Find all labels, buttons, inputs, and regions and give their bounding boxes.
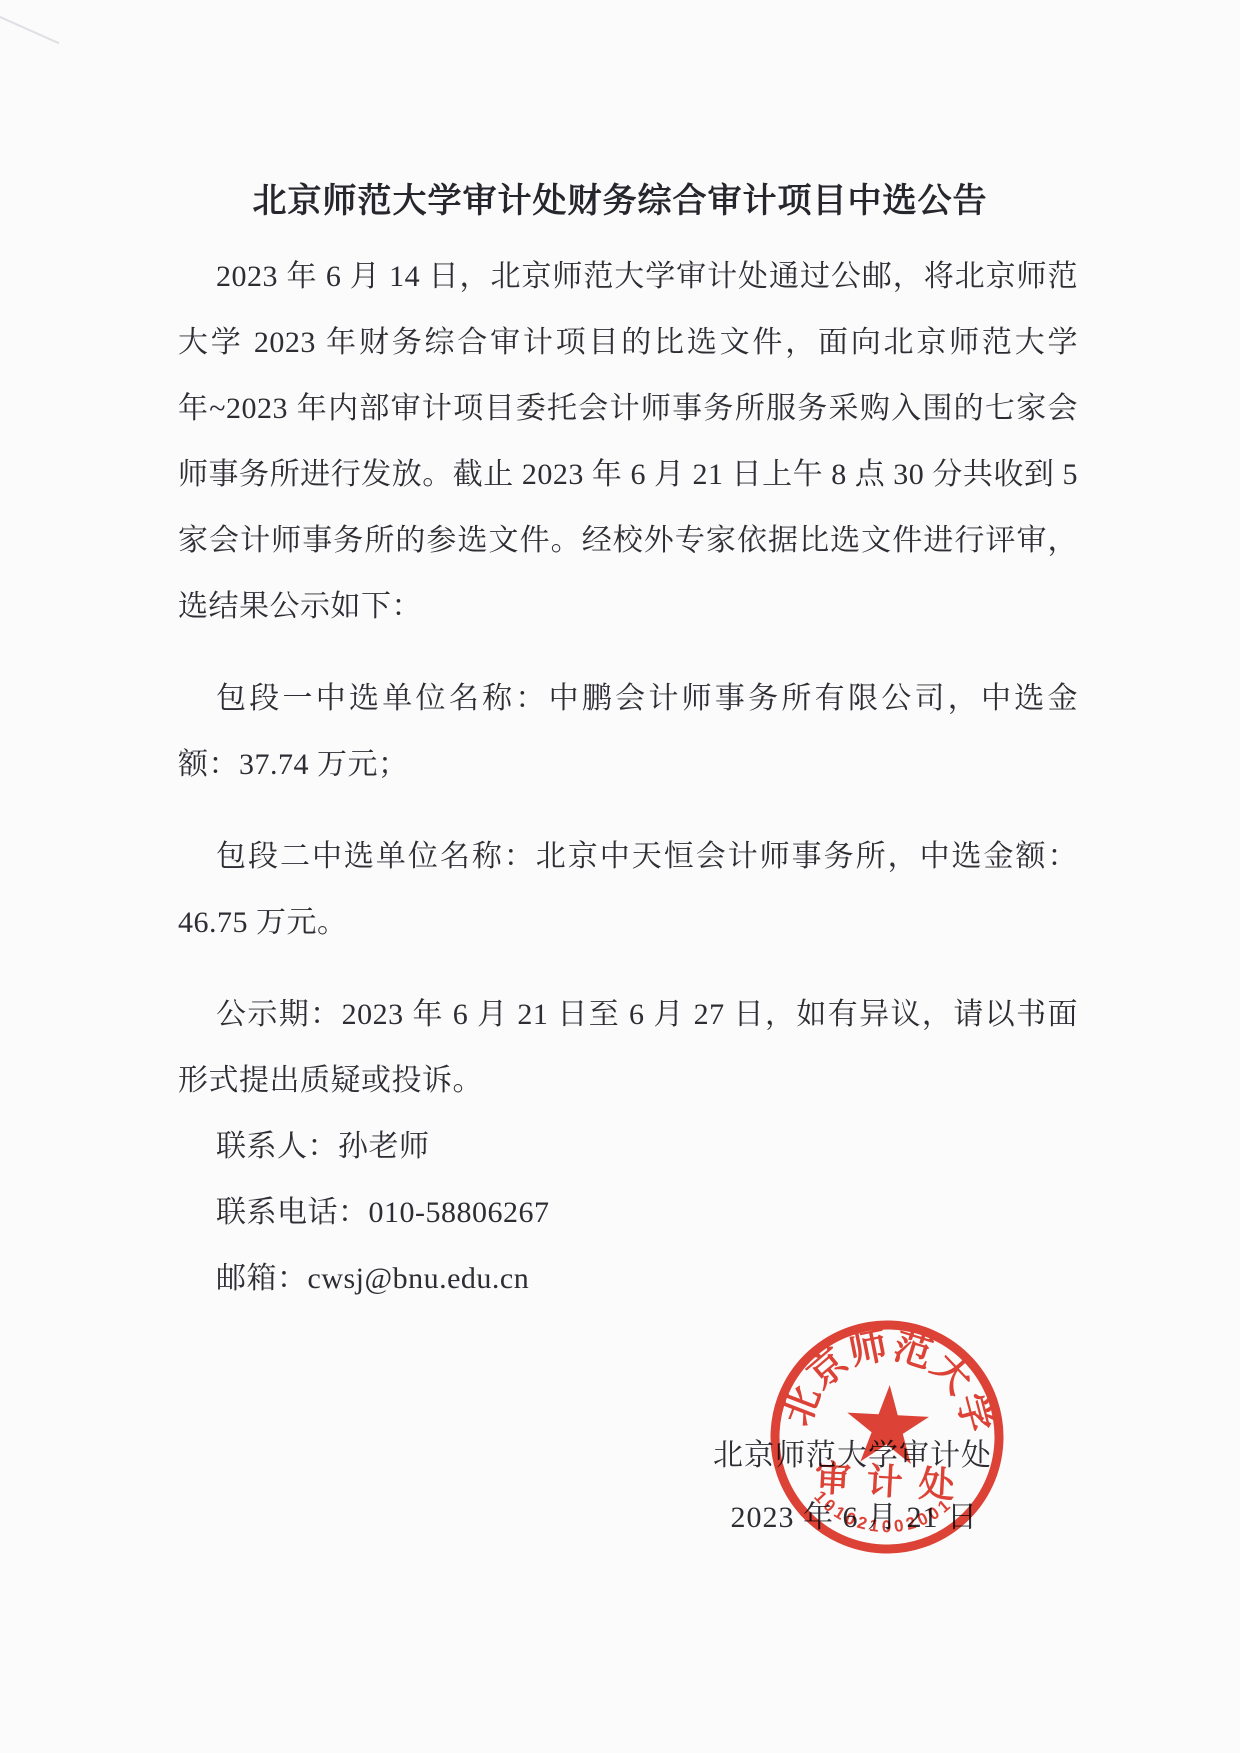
- body-line: 师事务所进行发放。截止 2023 年 6 月 21 日上午 8 点 30 分共收…: [178, 442, 1078, 508]
- paragraph: 联系人：孙老师: [178, 1114, 1078, 1180]
- body-line: 额：37.74 万元；: [178, 732, 1078, 798]
- body-line: 选结果公示如下：: [178, 574, 1078, 640]
- body-line: 形式提出质疑或投诉。: [178, 1048, 1078, 1114]
- document-body: 2023 年 6 月 14 日，北京师范大学审计处通过公邮，将北京师范大学 20…: [178, 244, 1078, 1312]
- body-line: 联系电话：010-58806267: [178, 1180, 1078, 1246]
- paragraph: 邮箱：cwsj@bnu.edu.cn: [178, 1246, 1078, 1312]
- paragraph: 包段二中选单位名称：北京中天恒会计师事务所，中选金额：46.75 万元。: [178, 824, 1078, 956]
- paragraph: 2023 年 6 月 14 日，北京师范大学审计处通过公邮，将北京师范大学 20…: [178, 244, 1078, 640]
- document-page: 北京师范大学审计处财务综合审计项目中选公告 2023 年 6 月 14 日，北京…: [0, 0, 1240, 1753]
- body-line: 46.75 万元。: [178, 890, 1078, 956]
- body-line: 包段二中选单位名称：北京中天恒会计师事务所，中选金额：: [178, 824, 1078, 890]
- body-line: 包段一中选单位名称：中鹏会计师事务所有限公司，中选金: [178, 666, 1078, 732]
- body-line: 公示期：2023 年 6 月 21 日至 6 月 27 日，如有异议，请以书面: [178, 982, 1078, 1048]
- document-title: 北京师范大学审计处财务综合审计项目中选公告: [0, 173, 1240, 222]
- body-line: 邮箱：cwsj@bnu.edu.cn: [178, 1246, 1078, 1312]
- paragraph: 公示期：2023 年 6 月 21 日至 6 月 27 日，如有异议，请以书面形…: [178, 982, 1078, 1114]
- body-line: 2023 年 6 月 14 日，北京师范大学审计处通过公邮，将北京师范: [178, 244, 1078, 310]
- body-line: 联系人：孙老师: [178, 1114, 1078, 1180]
- paragraph: 联系电话：010-58806267: [178, 1180, 1078, 1246]
- star-icon: [845, 1383, 931, 1465]
- body-line: 大学 2023 年财务综合审计项目的比选文件，面向北京师范大学 2021: [178, 310, 1078, 376]
- scan-artifact: [0, 14, 59, 44]
- body-line: 年~2023 年内部审计项目委托会计师事务所服务采购入围的七家会计: [178, 376, 1078, 442]
- paragraph: 包段一中选单位名称：中鹏会计师事务所有限公司，中选金额：37.74 万元；: [178, 666, 1078, 798]
- official-seal: 北京师范大学 审计处 101021002001: [749, 1299, 1024, 1574]
- body-line: 家会计师事务所的参选文件。经校外专家依据比选文件进行评审，比: [178, 508, 1078, 574]
